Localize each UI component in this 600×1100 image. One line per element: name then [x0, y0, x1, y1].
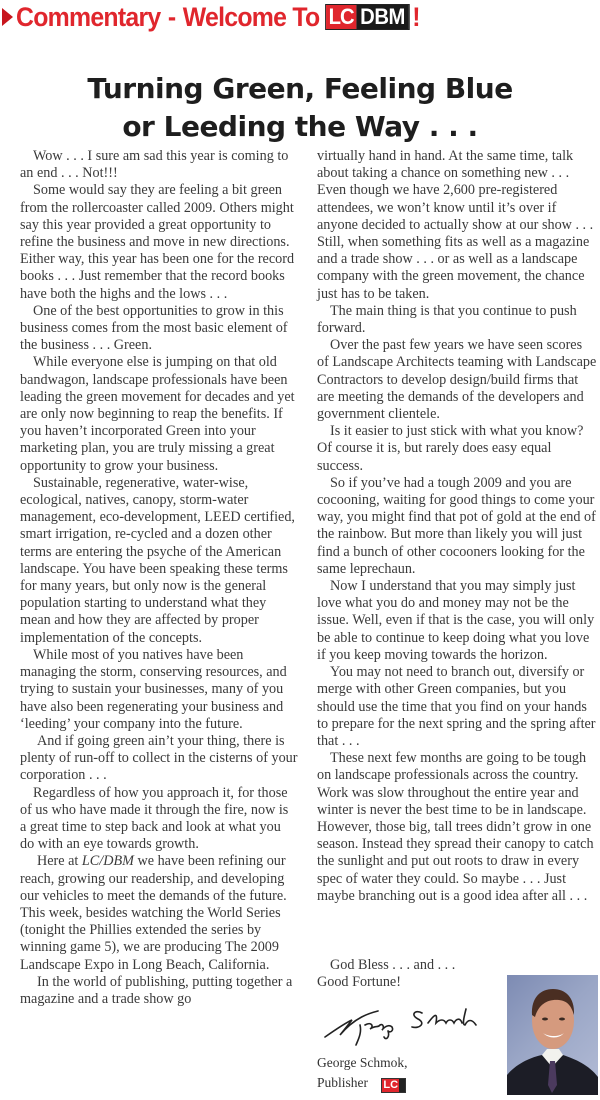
paragraph: So if you’ve had a tough 2009 and you ar…: [317, 475, 597, 578]
paragraph: Is it easier to just stick with what you…: [317, 423, 597, 475]
paragraph: Some would say they are feeling a bit gr…: [20, 182, 298, 302]
closing-line-1: God Bless . . . and . . .: [317, 957, 455, 974]
signer-name: George Schmok,: [317, 1053, 408, 1073]
header-exclaim: !: [412, 2, 420, 33]
paragraph: One of the best opportunities to grow in…: [20, 303, 298, 355]
paragraph-prefix: Here at: [37, 853, 82, 869]
publication-name: LC/DBM: [82, 853, 134, 869]
article-column-right: virtually hand in hand. At the same time…: [317, 148, 597, 905]
paragraph: Regardless of how you approach it, for t…: [20, 785, 298, 854]
paragraph: In the world of publishing, putting toge…: [20, 974, 298, 1008]
article-column-left: Wow . . . I sure am sad this year is com…: [20, 148, 298, 1008]
logo-dbm: DBM: [357, 5, 409, 29]
small-lcdbm-logo: LC: [381, 1078, 406, 1093]
section-label: Commentary: [16, 2, 160, 33]
paragraph: These next few months are going to be to…: [317, 750, 597, 905]
welcome-text: Welcome To: [183, 2, 320, 33]
paragraph: While everyone else is jumping on that o…: [20, 354, 298, 474]
closing: God Bless . . . and . . . Good Fortune!: [317, 957, 455, 991]
paragraph: The main thing is that you continue to p…: [317, 303, 597, 337]
lcdbm-logo: LC DBM: [325, 4, 410, 30]
signature-image: [310, 995, 490, 1050]
signer-title: Publisher: [317, 1075, 368, 1090]
paragraph-suffix: we have been refining our reach, growing…: [20, 853, 287, 972]
signer-block: George Schmok, Publisher LC: [317, 1053, 408, 1093]
section-header: Commentary - Welcome To LC DBM !: [0, 0, 600, 34]
paragraph: Now I understand that you may simply jus…: [317, 578, 597, 664]
portrait-image: [507, 975, 598, 1095]
title-line-1: Turning Green, Feeling Blue: [0, 70, 600, 108]
author-photo: [507, 975, 598, 1095]
signer-title-line: Publisher LC: [317, 1073, 408, 1093]
paragraph: Sustainable, regenerative, water-wise, e…: [20, 475, 298, 647]
header-text: Commentary - Welcome To LC DBM !: [16, 2, 420, 33]
paragraph-continued: virtually hand in hand. At the same time…: [317, 148, 597, 303]
paragraph: And if going green ain’t your thing, the…: [20, 733, 298, 785]
logo-lc: LC: [326, 5, 357, 29]
paragraph: You may not need to branch out, diversif…: [317, 664, 597, 750]
paragraph: Over the past few years we have seen sco…: [317, 337, 597, 423]
title-line-2: or Leeding the Way . . .: [0, 108, 600, 146]
paragraph: Wow . . . I sure am sad this year is com…: [20, 148, 298, 182]
paragraph: While most of you natives have been mana…: [20, 647, 298, 733]
small-logo-lc: LC: [382, 1079, 399, 1092]
closing-line-2: Good Fortune!: [317, 974, 455, 991]
article-title: Turning Green, Feeling Blue or Leeding t…: [0, 70, 600, 146]
paragraph-lcdbm: Here at LC/DBM we have been refining our…: [20, 853, 298, 973]
header-separator: -: [168, 2, 176, 33]
arrow-right-icon: [2, 8, 13, 26]
small-logo-dbm: [399, 1079, 405, 1092]
